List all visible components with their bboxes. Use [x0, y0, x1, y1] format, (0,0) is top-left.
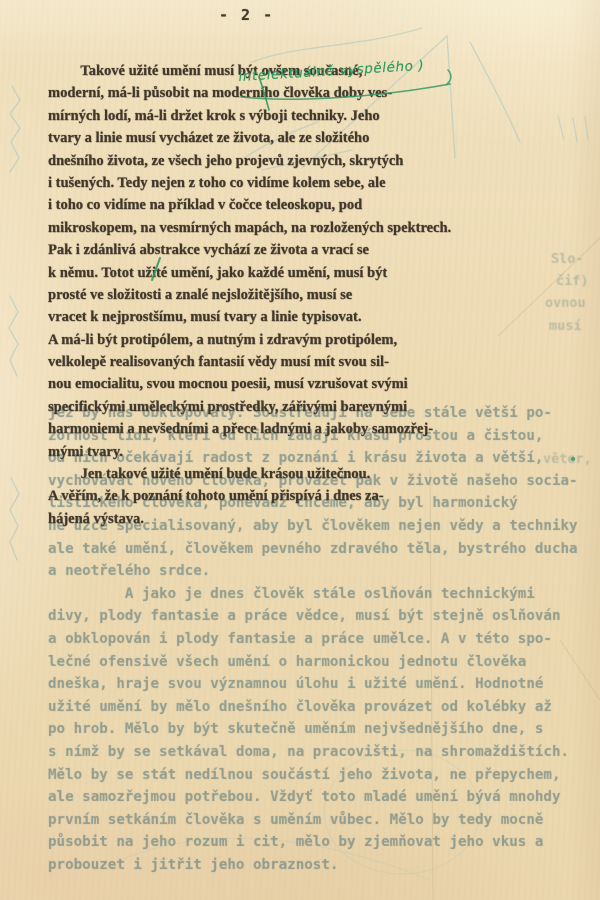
ghost-text-line: A jako je dnes člověk stále oslňován tec…: [48, 583, 596, 606]
typed-text-line: specifickými uměleckými prostředky, záři…: [48, 396, 588, 418]
typescript-body-text: Takové užité umění musí být ovšem součas…: [48, 60, 588, 530]
typed-text-line: i toho co vidíme na příklad v čočce tele…: [48, 194, 588, 216]
typed-text-line: nou emocialitu, svou mocnou poesii, musí…: [48, 373, 588, 395]
typed-text-line: k němu. Totot užité umění, jako každé um…: [48, 262, 588, 284]
typed-text-line: moderní, má-li působit na moderního člov…: [48, 82, 588, 104]
ghost-text-line: prvním setkáním člověka s uměním vůbec. …: [48, 809, 596, 832]
ghost-text-line: ale také umění, člověkem pevného zdravéh…: [48, 538, 596, 561]
page-number: - 2 -: [219, 6, 274, 24]
ghost-text-line: probouzet i jitřit jeho obraznost.: [48, 854, 596, 877]
typed-text-line: A věřím, že k poznání tohoto umění přisp…: [48, 485, 588, 507]
ghost-text-line: lečné ofensivě všech umění o harmonickou…: [48, 651, 596, 674]
typed-text-line: Pak i zdánlivá abstrakce vychází ze živo…: [48, 239, 588, 261]
ghost-text-line: užité umění by mělo dnešního člověka pro…: [48, 696, 596, 719]
ghost-text-line: dneška, hraje svou významnou úlohu i uži…: [48, 673, 596, 696]
typed-text-line: mikroskopem, na vesmírných mapách, na ro…: [48, 217, 588, 239]
typed-text-line: hájená výstava.: [48, 508, 588, 530]
left-margin-scribble-icon: [9, 86, 20, 560]
ghost-text-line: ale samozřejmou potřebou. Vždyť toto mla…: [48, 786, 596, 809]
typed-text-line: velkolepě realisovaných fantasií vědy mu…: [48, 351, 588, 373]
ghost-text-line: divy, plody fantasie a práce vědce, musí…: [48, 605, 596, 628]
typed-text-line: mými tvary.: [48, 441, 588, 463]
typed-text-line: tvary a linie musí vycházet ze života, a…: [48, 127, 588, 149]
ghost-text-line: po hrob. Mělo by být skutečně uměním nej…: [48, 718, 596, 741]
typed-text-line: mírných lodí, má-li držet krok s výboji …: [48, 105, 588, 127]
typed-text-line: vracet k nejprostšímu, musí tvary a lini…: [48, 306, 588, 328]
typed-text-line: A má-li být protipólem, a nutným i zdrav…: [48, 329, 588, 351]
typed-text-line: i tušených. Tedy nejen z toho co vidíme …: [48, 172, 588, 194]
ghost-text-line: a obklopován i plody fantasie a práce um…: [48, 628, 596, 651]
typed-text-line: prosté ve složitosti a znalé nejsložitěj…: [48, 284, 588, 306]
ghost-text-line: Mělo by se stát nedílnou součástí jeho ž…: [48, 764, 596, 787]
scanned-typewritten-page: jež by nás obklopovaly. Soustřeďují na s…: [0, 0, 600, 900]
ghost-text-line: s nímž by se setkával doma, na pracovišt…: [48, 741, 596, 764]
typed-text-line: Jen takové užité umění bude krásou užite…: [48, 463, 588, 485]
typed-text-line: harmoniemi a nevšedními a přece ladnými …: [48, 418, 588, 440]
ghost-text-line: působit na jeho rozum i cit, mělo by zje…: [48, 831, 596, 854]
ghost-text-line: a neotřelého srdce.: [48, 560, 596, 583]
typed-text-line: dnešního života, ze všech jeho projevů z…: [48, 150, 588, 172]
